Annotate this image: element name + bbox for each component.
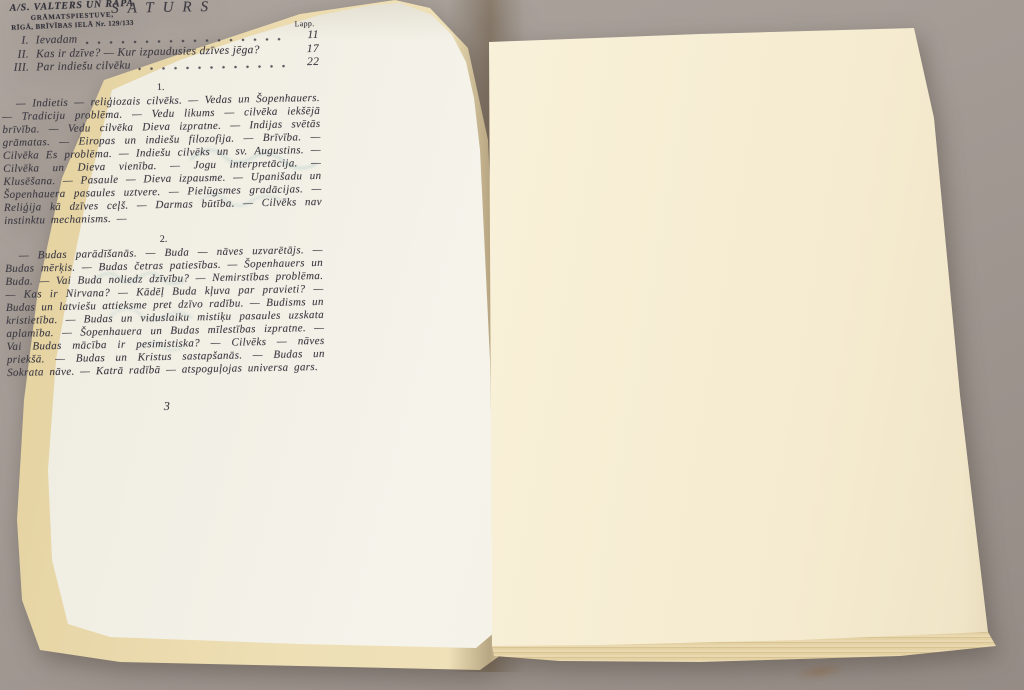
toc-page-number: 22: [295, 56, 319, 70]
toc-page-number: 17: [295, 42, 319, 56]
toc-title: Ievadam: [36, 34, 78, 48]
toc-numeral: III.: [1, 62, 29, 76]
toc-numeral: I.: [1, 35, 29, 49]
toc-title: Par indiešu cilvēku: [36, 60, 131, 75]
dot-leader: [268, 51, 289, 54]
toc-page-number: 11: [295, 29, 319, 43]
photo-scene: A/S. VALTERS UN RAPA GRĀMATSPIESTUVE, RĪ…: [0, 0, 1024, 690]
contents-page: SATURS Lapp. I. Ievadam 11 II. Kas ir dz…: [0, 0, 331, 690]
page-number: 3: [8, 395, 326, 416]
toc-numeral: II.: [1, 48, 29, 62]
section-summary: — Indietis — reliģiozais cilvēks. — Veda…: [2, 91, 322, 227]
section-summary: — Budas parādīšanās. — Buda — nāves uzva…: [5, 243, 325, 379]
table-of-contents: I. Ievadam 11 II. Kas ir dzīve? — Kur iz…: [1, 29, 320, 76]
open-book: A/S. VALTERS UN RAPA GRĀMATSPIESTUVE, RĪ…: [0, 0, 1024, 690]
dot-leader: [139, 64, 290, 70]
contents-heading: SATURS: [0, 0, 318, 20]
